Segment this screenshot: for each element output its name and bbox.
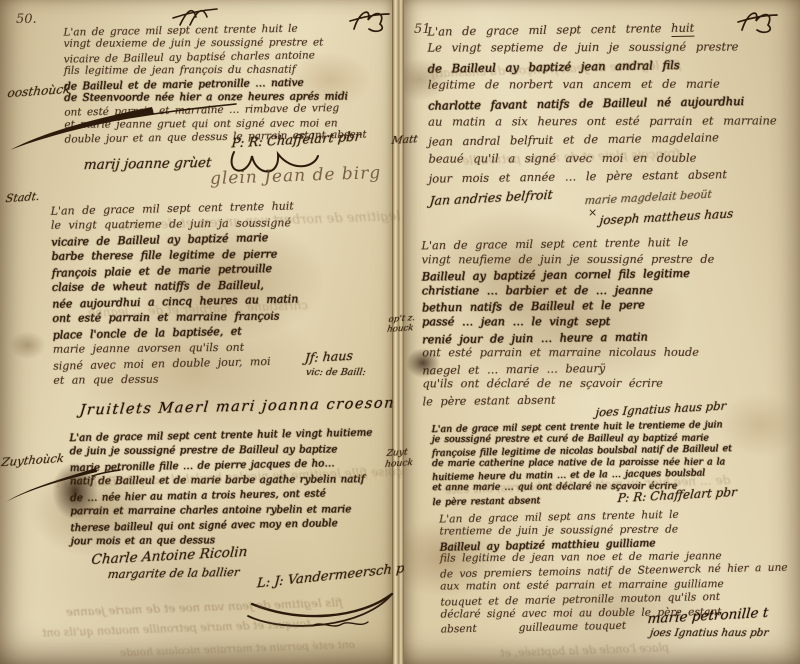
witness-signature-line: Jruitlets Maerl mari joanna croeson xyxy=(79,395,396,418)
signature-touquet-inline: guilleaume touquet xyxy=(519,620,627,634)
record-word-absent: absent xyxy=(441,623,477,636)
baptism-record-3: L'an de grace mil sept cent trente huit … xyxy=(432,419,793,507)
margin-note-stadt: Stadt. xyxy=(5,190,41,205)
signature-haus-vicar: Jf: haus xyxy=(304,348,353,365)
manuscript-line: jour mois et année … le père estant abse… xyxy=(429,165,785,189)
underlined-word: huit xyxy=(671,21,694,37)
margin-note-matt: Matt xyxy=(391,133,418,147)
baptism-record-1: L'an de grace mil sept cent trente huit … xyxy=(427,18,784,187)
signature-ignatius-haus: joes Ignatius haus pbr xyxy=(649,627,769,639)
right-page: 51 L'an de grace mil sept cent trente hu… xyxy=(404,0,800,664)
margin-note-optz: op't z.houck xyxy=(386,313,415,335)
left-page: 50. L'an de grace mil sept cent trente h… xyxy=(0,0,392,664)
signature-beout: marie magdelait beoüt xyxy=(584,188,712,208)
ink-swoosh-icon xyxy=(4,96,239,160)
page-number: 50. xyxy=(16,12,37,27)
baptism-record-3: L'an de grace mil sept cent trente huit … xyxy=(69,426,400,550)
margin-note-line: houck xyxy=(386,323,414,335)
bleedthrough-text: place l'oncle de la baptisée, et xyxy=(500,641,669,660)
baptism-record-2: L'an de grace mil sept cent trente huit … xyxy=(421,235,786,409)
bleedthrough-text: ont esté parrain et marraine nicolaus ho… xyxy=(120,639,355,659)
margin-note-line: houck xyxy=(384,458,413,470)
witness-cross-mark: × xyxy=(588,206,597,219)
signature-mattheus-haus: joseph mattheus haus xyxy=(599,207,734,228)
line-prefix: L'an de grace mil sept cent trente xyxy=(427,21,671,39)
signature-flourish-icon xyxy=(242,588,400,636)
margin-note-zuyt: Zuythouck xyxy=(384,447,415,470)
register-spread: 50. L'an de grace mil sept cent trente h… xyxy=(0,0,800,664)
signature-margarite: margarite de la ballier xyxy=(107,565,240,581)
signature-belfroit: Jan andries belfroit xyxy=(429,187,553,208)
signature-haus-title: vic: de Baill: xyxy=(305,367,366,378)
